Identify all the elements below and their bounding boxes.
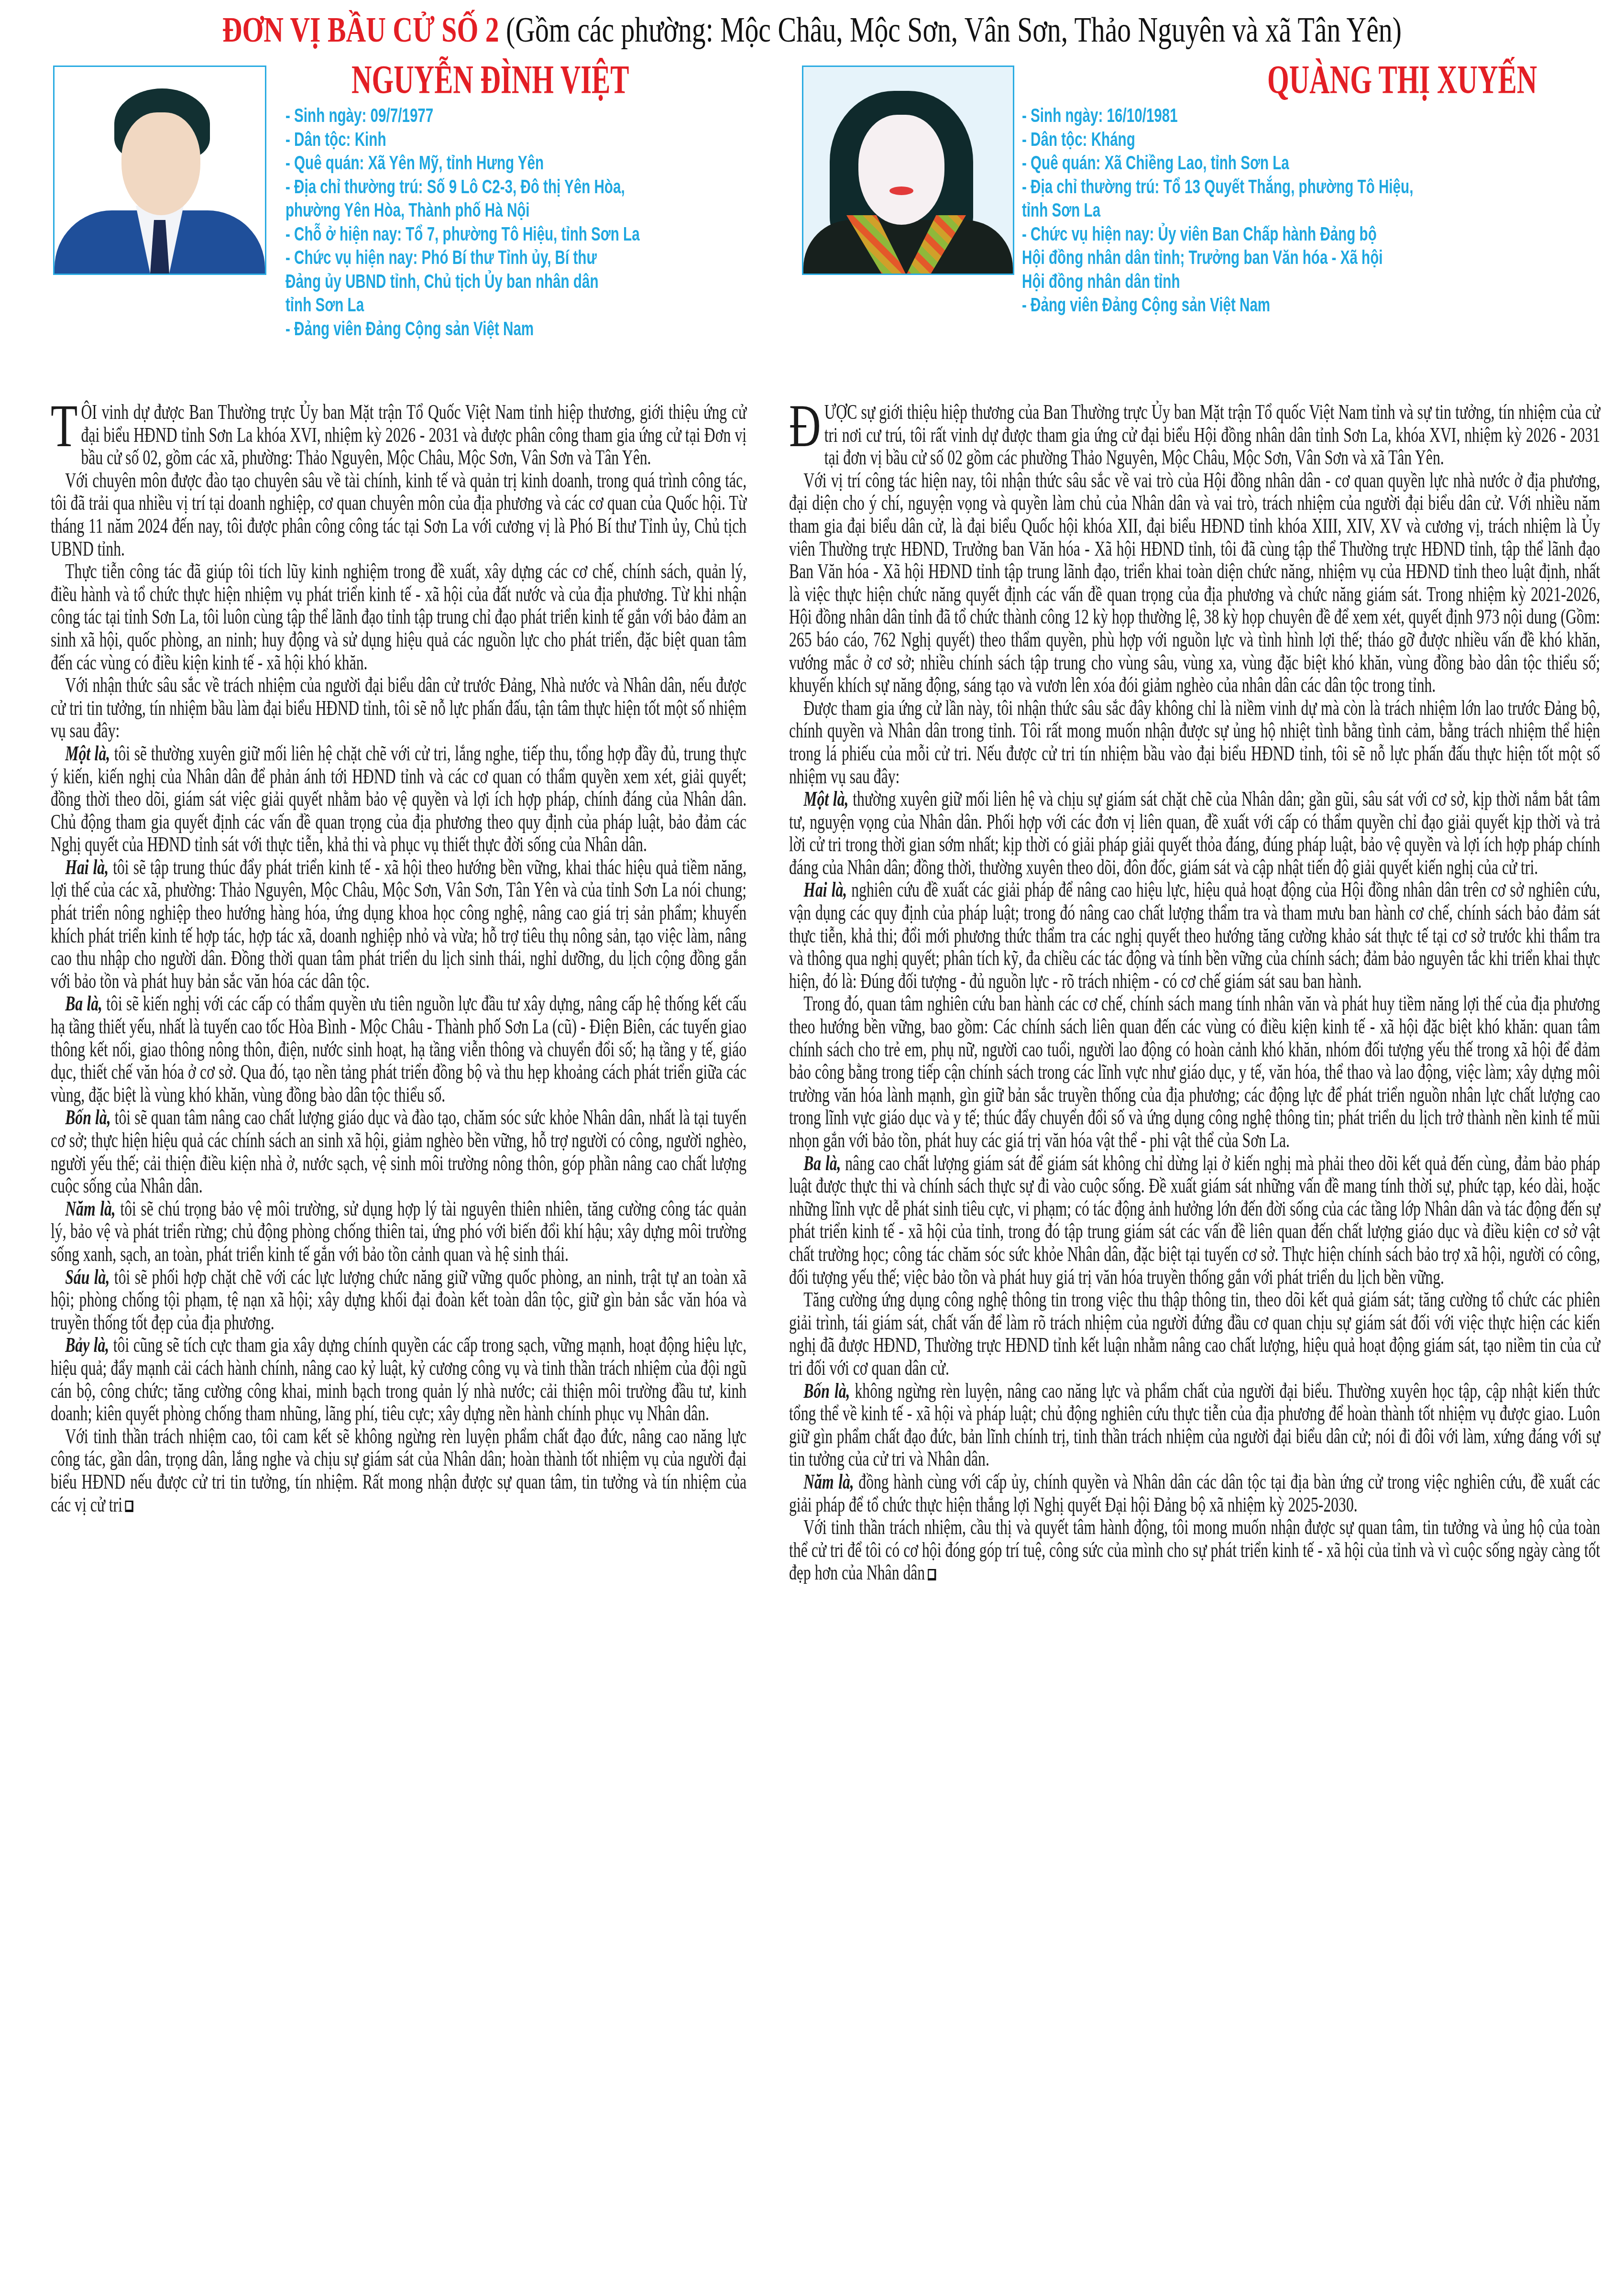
paragraph-lead: Hai là, [65, 855, 109, 879]
statement-paragraph: Với chuyên môn được đào tạo chuyên sâu v… [51, 469, 746, 560]
bio-line: - Quê quán: Xã Chiềng Lao, tỉnh Sơn La [1022, 152, 1376, 175]
candidate-photo [53, 66, 266, 275]
paragraph-lead: Sáu là, [65, 1265, 110, 1289]
paragraph-text: tôi sẽ quan tâm nâng cao chất lượng giáo… [51, 1106, 746, 1197]
paragraph-lead: Bốn là, [803, 1379, 850, 1403]
drop-cap: Đ [789, 403, 821, 449]
statement-paragraph: Ba là, nâng cao chất lượng giám sát để g… [789, 1152, 1600, 1289]
end-square-icon [928, 1569, 936, 1580]
statement-paragraph: ĐƯỢC sự giới thiệu hiệp thương của Ban T… [789, 401, 1600, 469]
bio-line: - Chỗ ở hiện nay: Tổ 7, phường Tô Hiệu, … [285, 223, 593, 247]
bio-line: Hội đồng nhân dân tỉnh; Trưởng ban Văn h… [1022, 246, 1376, 270]
paragraph-text: nghiên cứu đề xuất các giải pháp để nâng… [789, 878, 1600, 992]
paragraph-lead: Bốn là, [65, 1106, 110, 1129]
paragraph-text: Thực tiễn công tác đã giúp tôi tích lũy … [51, 559, 746, 674]
bio-line: - Chức vụ hiện nay: Ủy viên Ban Chấp hàn… [1022, 223, 1376, 247]
paragraph-text: Với vị trí công tác hiện nay, tôi nhận t… [789, 469, 1600, 697]
paragraph-text: Với nhận thức sâu sắc về trách nhiệm của… [51, 673, 746, 742]
paragraph-text: Tăng cường ứng dụng công nghệ thông tin … [789, 1288, 1600, 1380]
bio-line: - Dân tộc: Kháng [1022, 128, 1376, 152]
paragraph-lead: Bảy là, [65, 1333, 109, 1357]
bio-line: - Đảng viên Đảng Cộng sản Việt Nam [1022, 294, 1376, 318]
paragraph-lead: Ba là, [65, 992, 102, 1015]
portrait-man-icon [55, 67, 265, 274]
bio-line: - Địa chỉ thường trú: Số 9 Lô C2-3, Đô t… [285, 175, 593, 199]
bio-line: tỉnh Sơn La [285, 294, 593, 318]
paragraph-lead: Hai là, [803, 878, 847, 901]
paragraph-text: Với tinh thần trách nhiệm, cầu thị và qu… [789, 1515, 1600, 1584]
paragraph-lead: Năm là, [803, 1470, 854, 1493]
paragraph-text: ƯỢC sự giới thiệu hiệp thương của Ban Th… [824, 400, 1600, 469]
candidate-photo [802, 66, 1014, 275]
statement-paragraph: Được tham gia ứng cử lần này, tôi nhận t… [789, 697, 1600, 788]
paragraph-text: Với tinh thần trách nhiệm cao, tôi cam k… [51, 1425, 746, 1516]
bio-line: - Địa chỉ thường trú: Tổ 13 Quyết Thắng,… [1022, 175, 1376, 199]
statement-paragraph: Với vị trí công tác hiện nay, tôi nhận t… [789, 469, 1600, 697]
bio-line: - Chức vụ hiện nay: Phó Bí thư Tỉnh ủy, … [285, 246, 593, 270]
statement-paragraph: Hai là, tôi sẽ tập trung thúc đẩy phát t… [51, 856, 746, 993]
paragraph-text: tôi cũng sẽ tích cực tham gia xây dựng c… [51, 1333, 746, 1425]
bio-line: tỉnh Sơn La [1022, 199, 1376, 223]
electoral-unit-wards: (Gồm các phường: Mộc Châu, Mộc Sơn, Vân … [499, 11, 1402, 50]
paragraph-text: nâng cao chất lượng giám sát để giám sát… [789, 1151, 1600, 1289]
statement-paragraph: Thực tiễn công tác đã giúp tôi tích lũy … [51, 560, 746, 674]
paragraph-text: Trong đó, quan tâm nghiên cứu ban hành c… [789, 992, 1600, 1152]
candidate-statement: TÔI vinh dự được Ban Thường trực Ủy ban … [51, 401, 746, 1516]
bio-line: - Dân tộc: Kinh [285, 128, 593, 152]
paragraph-lead: Một là, [65, 742, 110, 765]
drop-cap: T [51, 403, 77, 449]
candidate-statement: ĐƯỢC sự giới thiệu hiệp thương của Ban T… [789, 401, 1600, 1584]
statement-paragraph: Tăng cường ứng dụng công nghệ thông tin … [789, 1288, 1600, 1379]
candidate-name: NGUYỄN ĐÌNH VIỆT [351, 56, 748, 104]
statement-paragraph: Với tinh thần trách nhiệm, cầu thị và qu… [789, 1516, 1600, 1584]
paragraph-lead: Ba là, [803, 1151, 841, 1175]
bio-line: Hội đồng nhân dân tỉnh [1022, 270, 1376, 294]
statement-paragraph: Bốn là, tôi sẽ quan tâm nâng cao chất lư… [51, 1106, 746, 1197]
paragraph-lead: Năm là, [65, 1197, 116, 1220]
candidate-name: QUÀNG THỊ XUYẾN [1267, 56, 1624, 104]
bio-line: - Đảng viên Đảng Cộng sản Việt Nam [285, 318, 593, 341]
page-title: ĐƠN VỊ BẦU CỬ SỐ 2 (Gồm các phường: Mộc … [0, 9, 1624, 52]
statement-paragraph: Ba là, tôi sẽ kiến nghị với các cấp có t… [51, 992, 746, 1106]
statement-paragraph: Bảy là, tôi cũng sẽ tích cực tham gia xâ… [51, 1334, 746, 1425]
statement-paragraph: Năm là, đồng hành cùng với cấp ủy, chính… [789, 1470, 1600, 1516]
paragraph-text: Được tham gia ứng cử lần này, tôi nhận t… [789, 696, 1600, 788]
statement-paragraph: Hai là, nghiên cứu đề xuất các giải pháp… [789, 878, 1600, 992]
bio-line: phường Yên Hòa, Thành phố Hà Nội [285, 199, 593, 223]
paragraph-text: tôi sẽ chú trọng bảo vệ môi trường, sử d… [51, 1197, 746, 1266]
paragraph-text: tôi sẽ phối hợp chặt chẽ với các lực lượ… [51, 1265, 746, 1334]
bio-line: - Sinh ngày: 16/10/1981 [1022, 104, 1376, 128]
electoral-unit-title: ĐƠN VỊ BẦU CỬ SỐ 2 [222, 11, 499, 50]
statement-paragraph: Với tinh thần trách nhiệm cao, tôi cam k… [51, 1425, 746, 1516]
statement-paragraph: Bốn là, không ngừng rèn luyện, nâng cao … [789, 1380, 1600, 1470]
paragraph-text: ÔI vinh dự được Ban Thường trực Ủy ban M… [81, 400, 746, 469]
bio-line: - Sinh ngày: 09/7/1977 [285, 104, 593, 128]
statement-paragraph: Một là, tôi sẽ thường xuyên giữ mối liên… [51, 742, 746, 856]
statement-paragraph: Với nhận thức sâu sắc về trách nhiệm của… [51, 674, 746, 742]
statement-paragraph: Sáu là, tôi sẽ phối hợp chặt chẽ với các… [51, 1266, 746, 1334]
candidate-bio: - Sinh ngày: 16/10/1981 - Dân tộc: Kháng… [1022, 104, 1500, 318]
paragraph-text: Với chuyên môn được đào tạo chuyên sâu v… [51, 469, 746, 560]
paragraph-text: không ngừng rèn luyện, nâng cao năng lực… [789, 1379, 1600, 1471]
statement-paragraph: Trong đó, quan tâm nghiên cứu ban hành c… [789, 992, 1600, 1151]
bio-line: - Quê quán: Xã Yên Mỹ, tỉnh Hưng Yên [285, 152, 593, 175]
paragraph-text: đồng hành cùng với cấp ủy, chính quyền v… [789, 1470, 1600, 1516]
statement-paragraph: TÔI vinh dự được Ban Thường trực Ủy ban … [51, 401, 746, 469]
paragraph-text: tôi sẽ thường xuyên giữ mối liên hệ chặt… [51, 742, 746, 856]
candidate-bio: - Sinh ngày: 09/7/1977 - Dân tộc: Kinh -… [285, 104, 702, 341]
paragraph-lead: Một là, [803, 787, 848, 811]
bio-line: Đảng ủy UBND tỉnh, Chủ tịch Ủy ban nhân … [285, 270, 593, 294]
portrait-woman-icon [803, 67, 1013, 274]
end-square-icon [125, 1501, 133, 1512]
statement-paragraph: Một là, thường xuyên giữ mối liên hệ và … [789, 788, 1600, 878]
statement-paragraph: Năm là, tôi sẽ chú trọng bảo vệ môi trườ… [51, 1197, 746, 1266]
paragraph-text: thường xuyên giữ mối liên hệ và chịu sự … [789, 787, 1600, 879]
paragraph-text: tôi sẽ kiến nghị với các cấp có thẩm quy… [51, 992, 746, 1106]
paragraph-text: tôi sẽ tập trung thúc đẩy phát triển kin… [51, 855, 746, 993]
